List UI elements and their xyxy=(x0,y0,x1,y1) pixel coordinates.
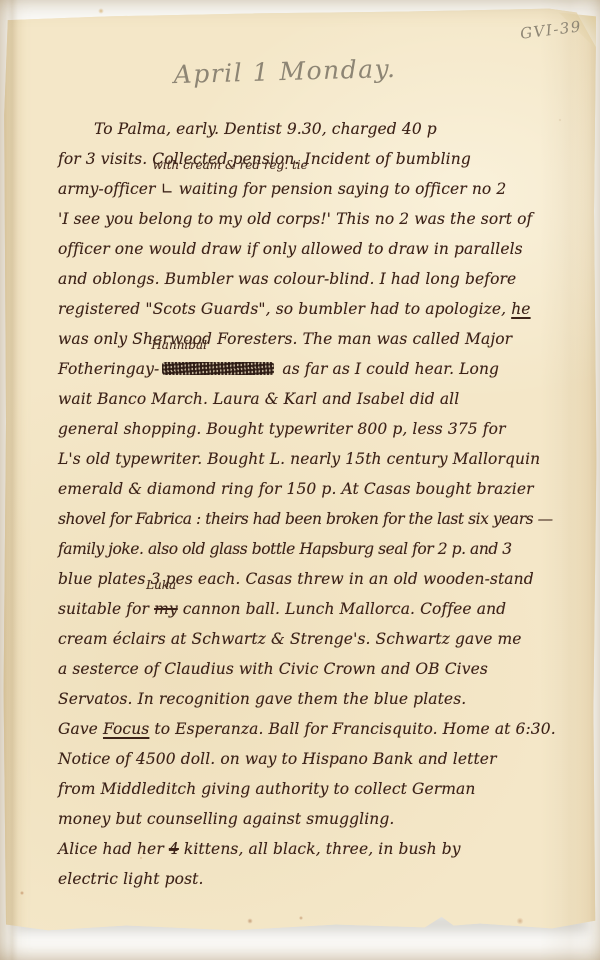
handwritten-text: emerald & diamond ring for 150 p. At Cas… xyxy=(58,480,534,498)
handwritten-text: as far as I could hear. Long xyxy=(277,360,499,378)
handwritten-text: general shopping. Bought typewriter 800 … xyxy=(58,420,506,438)
diary-line: for 3 visits. Collected pension. Inciden… xyxy=(58,144,576,174)
diary-line: cream éclairs at Schwartz & Strenge's. S… xyxy=(58,624,576,654)
diary-line: from Middleditch giving authority to col… xyxy=(58,774,576,804)
handwritten-text: army-officer xyxy=(58,180,161,198)
handwritten-text: kittens, all black, three, in bush by xyxy=(179,840,461,858)
handwritten-text: wait Banco March. Laura & Karl and Isabe… xyxy=(58,390,459,408)
handwritten-text: cannon ball. Lunch Mallorca. Coffee and xyxy=(178,600,506,618)
diary-line: emerald & diamond ring for 150 p. At Cas… xyxy=(58,474,576,504)
diary-line: was only Sherwood Foresters. The man was… xyxy=(58,324,576,354)
diary-line: Notice of 4500 doll. on way to Hispano B… xyxy=(58,744,576,774)
diary-line: electric light post. xyxy=(58,864,576,894)
handwritten-text: family joke. also old glass bottle Hapsb… xyxy=(58,540,512,558)
handwritten-text: from Middleditch giving authority to col… xyxy=(58,780,475,798)
diary-line: registered "Scots Guards", so bumbler ha… xyxy=(58,294,576,324)
handwritten-text: Gave xyxy=(58,720,103,738)
handwritten-text: Focus xyxy=(103,720,149,738)
handwritten-text: blue plates 3 pes each. Casas threw in a… xyxy=(58,570,534,588)
handwritten-text: To Palma, early. Dentist 9.30, charged 4… xyxy=(94,120,437,138)
handwritten-text: was only Sherwood Foresters. The man was… xyxy=(58,330,512,348)
handwritten-text: Alice had her xyxy=(58,840,169,858)
diary-line: blue plates 3 pes each. Casas threw in a… xyxy=(58,564,576,594)
diary-line: Alice had her 4 kittens, all black, thre… xyxy=(58,834,576,864)
scribbled-out-word xyxy=(162,362,274,375)
handwritten-text: Notice of 4500 doll. on way to Hispano B… xyxy=(58,750,497,768)
diary-line: general shopping. Bought typewriter 800 … xyxy=(58,414,576,444)
diary-line: a sesterce of Claudius with Civic Crown … xyxy=(58,654,576,684)
diary-body: To Palma, early. Dentist 9.30, charged 4… xyxy=(58,114,576,894)
insertion-text: with cream & red reg. tie xyxy=(153,150,308,180)
diary-line: wait Banco March. Laura & Karl and Isabe… xyxy=(58,384,576,414)
handwritten-text: shovel for Fabrica : theirs had been bro… xyxy=(58,510,553,528)
handwritten-text: cream éclairs at Schwartz & Strenge's. S… xyxy=(58,630,522,648)
insertion-text: Hannibal xyxy=(151,330,207,360)
diary-line: Servatos. In recognition gave them the b… xyxy=(58,684,576,714)
handwritten-text: my xyxy=(154,600,178,618)
diary-line: and oblongs. Bumbler was colour-blind. I… xyxy=(58,264,576,294)
handwritten-text: Fotheringay- xyxy=(58,360,159,378)
handwritten-text: money but counselling against smuggling. xyxy=(58,810,394,828)
diary-line: L's old typewriter. Bought L. nearly 15t… xyxy=(58,444,576,474)
handwritten-text: he xyxy=(511,300,530,318)
handwritten-text: registered "Scots Guards", so bumbler ha… xyxy=(58,300,511,318)
handwritten-text: officer one would draw if only allowed t… xyxy=(58,240,523,258)
diary-line: To Palma, early. Dentist 9.30, charged 4… xyxy=(58,114,576,144)
handwritten-text: electric light post. xyxy=(58,870,204,888)
diary-line: family joke. also old glass bottle Hapsb… xyxy=(58,534,576,564)
diary-line: officer one would draw if only allowed t… xyxy=(58,234,576,264)
handwritten-text: 'I see you belong to my old corps!' This… xyxy=(58,210,532,228)
handwritten-text: waiting for pension saying to officer no… xyxy=(174,180,507,198)
diary-line: Fotheringay-Hannibal as far as I could h… xyxy=(58,354,576,384)
handwritten-text: 4 xyxy=(169,840,179,858)
insertion-text: Luka xyxy=(146,570,176,600)
handwritten-text: Servatos. In recognition gave them the b… xyxy=(58,690,466,708)
diary-line: money but counselling against smuggling. xyxy=(58,804,576,834)
diary-line: army-officer with cream & red reg. tie∟ … xyxy=(58,174,576,204)
diary-line: Gave Focus to Esperanza. Ball for Franci… xyxy=(58,714,576,744)
scanned-diary-page: GVI-39 April 1 Monday. To Palma, early. … xyxy=(0,0,600,960)
handwritten-text: L's old typewriter. Bought L. nearly 15t… xyxy=(58,450,540,468)
handwritten-text: to Esperanza. Ball for Francisquito. Hom… xyxy=(149,720,555,738)
diary-line: shovel for Fabrica : theirs had been bro… xyxy=(58,504,576,534)
handwritten-text: ∟ xyxy=(161,180,174,198)
diary-line: suitable for Lukamy cannon ball. Lunch M… xyxy=(58,594,576,624)
handwritten-text: suitable for xyxy=(58,600,154,618)
handwritten-text: a sesterce of Claudius with Civic Crown … xyxy=(58,660,488,678)
diary-line: 'I see you belong to my old corps!' This… xyxy=(58,204,576,234)
handwritten-text: and oblongs. Bumbler was colour-blind. I… xyxy=(58,270,516,288)
